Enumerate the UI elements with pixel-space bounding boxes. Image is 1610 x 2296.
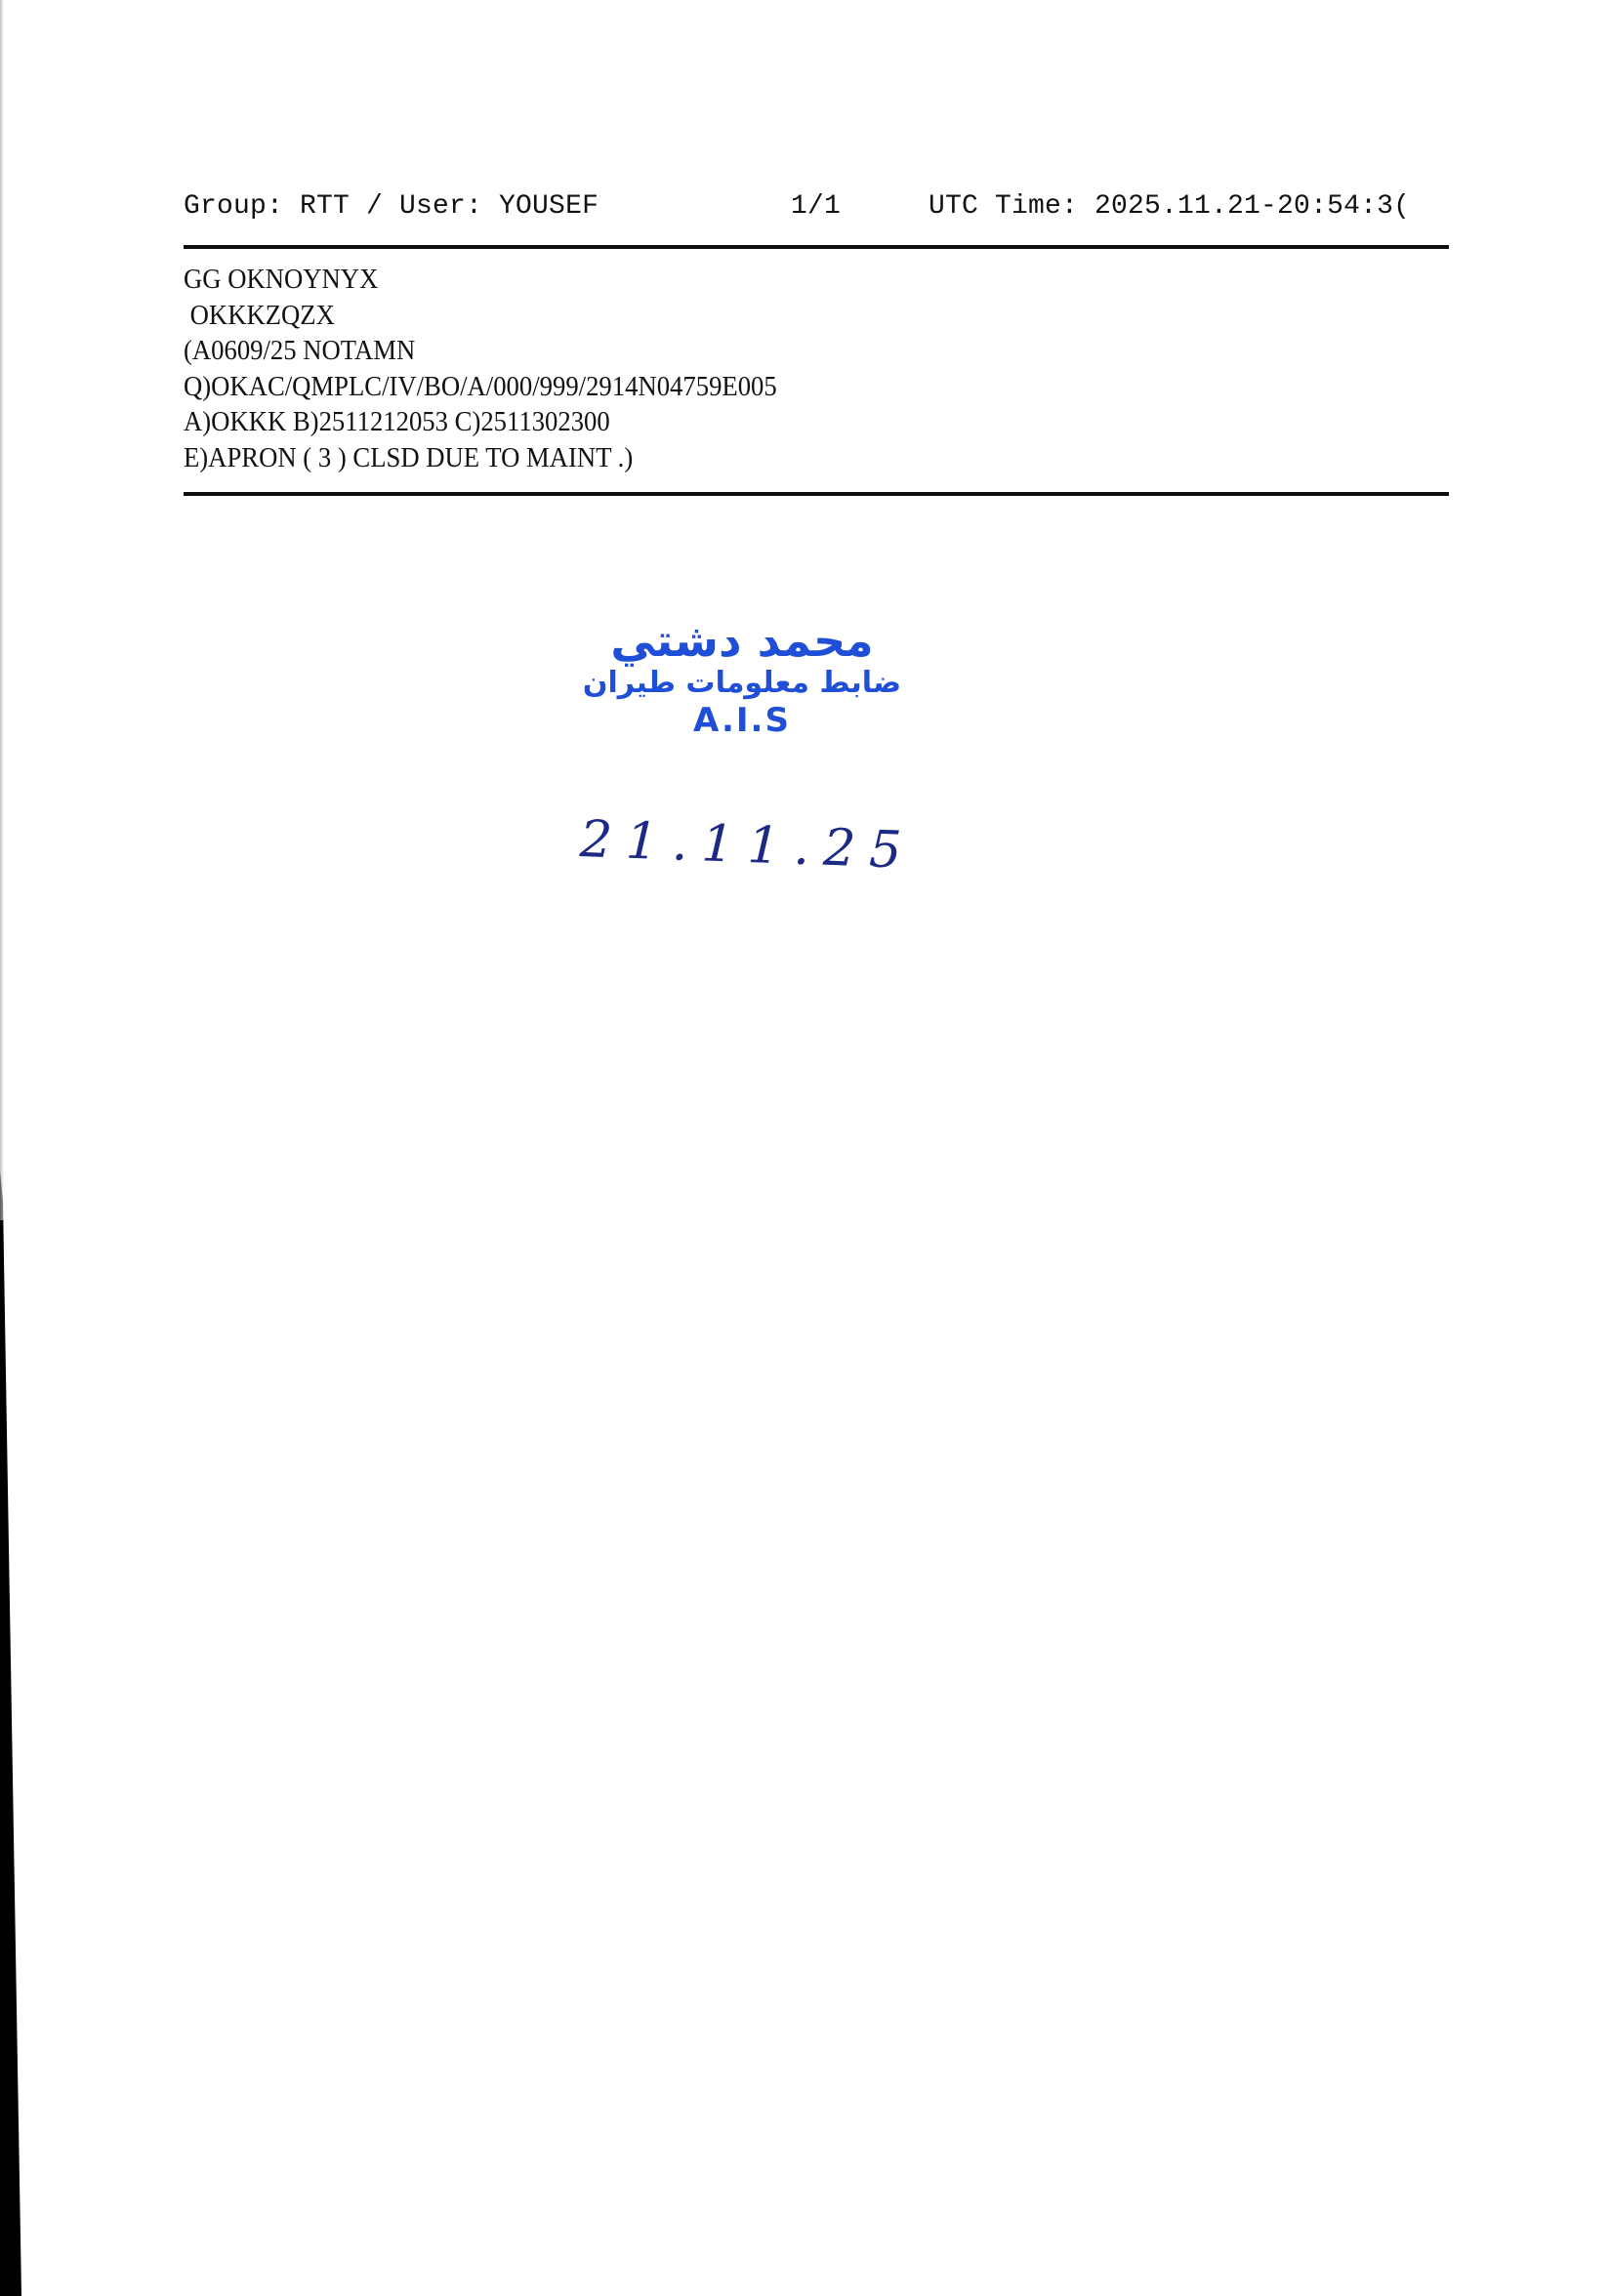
stamp-unit: A.I.S: [561, 701, 923, 740]
stamp-name: محمد دشتي: [561, 615, 923, 666]
notam-message: GG OKNOYNYX OKKKZQZX (A0609/25 NOTAMN Q)…: [184, 262, 777, 475]
officer-stamp: محمد دشتي ضابط معلومات طيران A.I.S: [561, 615, 923, 757]
stamp-title: ضابط معلومات طيران: [561, 666, 923, 701]
notam-id-line: (A0609/25 NOTAMN: [184, 333, 777, 369]
address-line: GG OKNOYNYX: [184, 262, 777, 298]
e-line: E)APRON ( 3 ) CLSD DUE TO MAINT .): [184, 440, 777, 476]
utc-timestamp: UTC Time: 2025.11.21-20:54:3(: [929, 191, 1410, 222]
originator-line: OKKKZQZX: [184, 298, 777, 334]
abc-line: A)OKKK B)2511212053 C)2511302300: [184, 404, 777, 440]
footer-divider: [184, 492, 1449, 496]
printout-header: Group: RTT / User: YOUSEF 1/1 UTC Time: …: [184, 191, 1449, 230]
page-number: 1/1: [791, 191, 841, 222]
scan-edge-shadow: [0, 0, 39, 2296]
header-divider: [184, 245, 1449, 249]
group-user-label: Group: RTT / User: YOUSEF: [184, 191, 599, 222]
q-line: Q)OKAC/QMPLC/IV/BO/A/000/999/2914N04759E…: [184, 369, 777, 405]
scan-edge-shade: [0, 0, 4, 1220]
handwritten-date: 21.11.25: [579, 810, 916, 881]
